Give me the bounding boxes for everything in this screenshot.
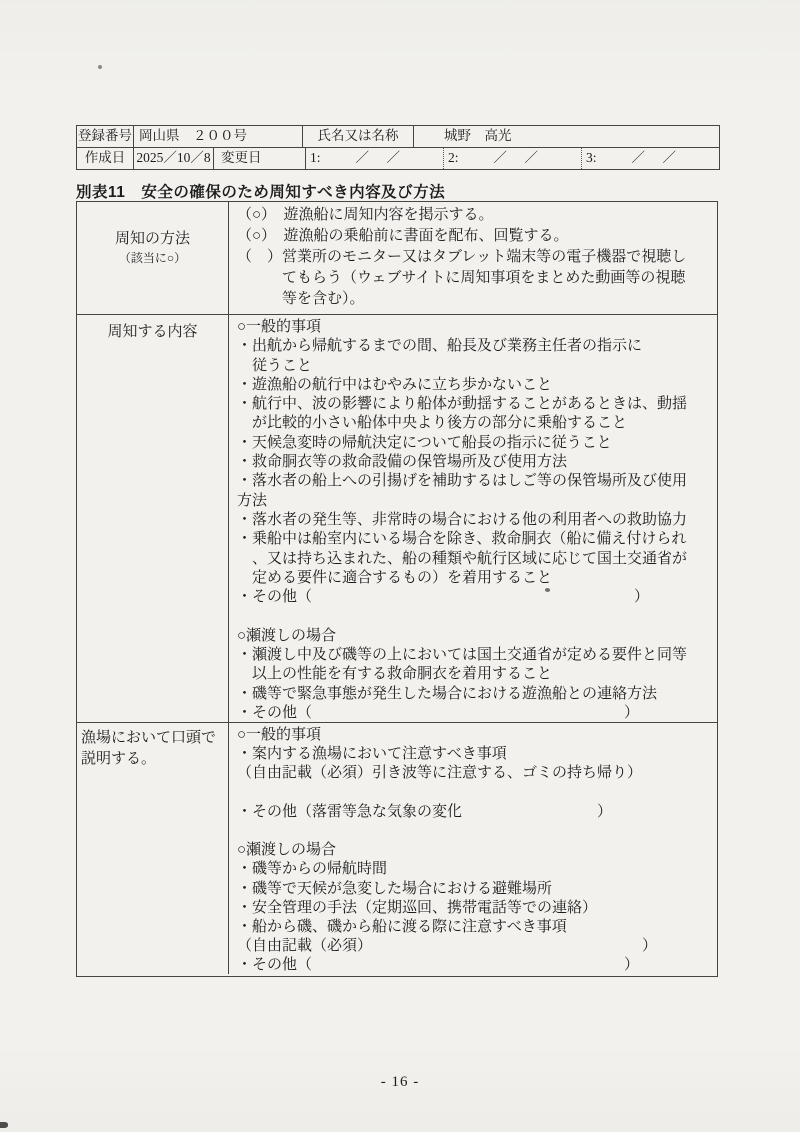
content-line: ・航行中、波の影響により船体が動揺することがあるときは、動揺 [237, 395, 713, 414]
close-paren: ） [597, 803, 612, 822]
registry-header-table: 登録番号 岡山県 ２００号 氏名又は名称 城野 高光 作成日 2025／10／8… [76, 125, 720, 170]
row-label-method: 周知の方法 （該当に○） [77, 202, 229, 314]
content-line-other-text: ・その他（ [237, 704, 312, 722]
close-paren: ） [624, 956, 639, 974]
content-line: ○瀬渡しの場合 [237, 627, 713, 646]
modified-slot-3: 3: ／ ／ [581, 148, 719, 169]
content-line: ・出航から帰航するまでの間、船長及び業務主任者の指示に [237, 337, 713, 356]
modified-slot-1: 1: ／ ／ [306, 148, 443, 169]
content-line: ・落水者の発生等、非常時の場合における他の利用者への救助協力 [237, 511, 713, 530]
content-line: 以上の性能を有する救命胴衣を着用すること [237, 665, 713, 684]
row-content-contents: ○一般的事項 ・出航から帰航するまでの間、船長及び業務主任者の指示に 従うこと … [229, 315, 717, 722]
content-line-other-blank: ・その他（ ） [237, 588, 649, 607]
oral-line: ・案内する漁場において注意すべき事項 [237, 745, 713, 764]
oral-line: ・磯等からの帰航時間 [237, 860, 713, 879]
registry-row-1: 登録番号 岡山県 ２００号 氏名又は名称 城野 高光 [77, 126, 719, 148]
content-line: ・磯等で緊急事態が発生した場合における遊漁船との連絡方法 [237, 685, 713, 704]
content-line-other-text: ・その他（ [237, 588, 312, 607]
blank-line [237, 784, 713, 803]
content-line-other-blank: ・その他（ ） [237, 704, 639, 722]
oral-line-free-entry-text: （自由記載（必須） [237, 937, 372, 956]
name-label: 氏名又は名称 [303, 126, 414, 147]
content-line: ○一般的事項 [237, 318, 713, 337]
close-paren: ） [642, 937, 657, 956]
oral-line: ○瀬渡しの場合 [237, 841, 713, 860]
notification-table: 周知の方法 （該当に○） （○） 遊漁船に周知内容を掲示する。 （○） 遊漁船の… [76, 201, 718, 977]
blank-line [237, 822, 713, 841]
row-label-method-text: 周知の方法 [77, 227, 228, 248]
content-line: ・天候急変時の帰航決定について船長の指示に従うこと [237, 434, 713, 453]
row-label-contents-text: 周知する内容 [77, 320, 228, 341]
method-line: 等を含む）。 [237, 289, 713, 310]
oral-line: ○一般的事項 [237, 726, 713, 745]
method-line: （ ）営業所のモニター又はタブレット端末等の電子機器で視聴し [237, 247, 713, 268]
row-label-oral: 漁場において口頭で説明する。 [77, 723, 229, 974]
registration-number-value: 岡山県 ２００号 [134, 126, 303, 147]
method-line: てもらう（ウェブサイトに周知事項をまとめた動画等の視聴 [237, 268, 713, 289]
table-row-contents: 周知する内容 ○一般的事項 ・出航から帰航するまでの間、船長及び業務主任者の指示… [77, 314, 717, 722]
row-label-contents: 周知する内容 [77, 315, 229, 722]
modified-slot-2-value: ／ ／ [459, 148, 581, 169]
blank-line [237, 607, 713, 626]
created-date-label: 作成日 [77, 148, 134, 169]
row-content-method: （○） 遊漁船に周知内容を掲示する。 （○） 遊漁船の乗船前に書面を配布、回覧す… [229, 202, 717, 314]
page-title: 別表11 安全の確保のため周知すべき内容及び方法 [76, 180, 445, 202]
row-label-method-sub: （該当に○） [77, 249, 228, 266]
modified-slot-3-value: ／ ／ [597, 148, 719, 169]
oral-line-other-text: ・その他（ [237, 956, 312, 974]
modified-date-label: 変更日 [214, 148, 306, 169]
oral-line-other: ・その他（落雷等急な気象の変化 ） [237, 803, 612, 822]
content-line: 定める要件に適合するもの）を着用すること [237, 569, 713, 588]
content-line: が比較的小さい船体中央より後方の部分に乗船すること [237, 414, 713, 433]
row-label-oral-text: 漁場において口頭で説明する。 [81, 728, 226, 770]
content-line: ・遊漁船の航行中はむやみに立ち歩かないこと [237, 376, 713, 395]
modified-slot-1-value: ／ ／ [321, 148, 443, 169]
page-number: - 16 - [0, 1074, 800, 1091]
content-line: ・落水者の船上への引揚げを補助するはしご等の保管場所及び使用 [237, 472, 713, 491]
scan-edge-mark [0, 1122, 8, 1128]
oral-line-free-entry: （自由記載（必須） ） [237, 937, 657, 956]
modified-slot-3-number: 3: [582, 148, 597, 169]
row-content-oral: ○一般的事項 ・案内する漁場において注意すべき事項 （自由記載（必須）引き波等に… [229, 723, 717, 974]
table-row-oral-explanation: 漁場において口頭で説明する。 ○一般的事項 ・案内する漁場において注意すべき事項… [77, 722, 717, 974]
close-paren: ） [624, 704, 639, 722]
oral-line-other-blank: ・その他（ ） [237, 956, 639, 974]
content-line: ・乗船中は船室内にいる場合を除き、救命胴衣（船に備え付けられ [237, 530, 713, 549]
content-line: ・瀬渡し中及び磯等の上においては国土交通省が定める要件と同等 [237, 646, 713, 665]
registration-number-label: 登録番号 [77, 126, 134, 147]
content-line: 、又は持ち込まれた、船の種類や航行区域に応じて国土交通省が [237, 550, 713, 569]
method-line: （○） 遊漁船に周知内容を掲示する。 [237, 205, 713, 226]
oral-line: （自由記載（必須）引き波等に注意する、ゴミの持ち帰り） [237, 764, 713, 783]
method-line: （○） 遊漁船の乗船前に書面を配布、回覧する。 [237, 226, 713, 247]
created-date-value: 2025／10／8 [134, 148, 214, 169]
close-paren: ） [634, 588, 649, 607]
modified-slot-1-number: 1: [306, 148, 321, 169]
content-line: 方法 [237, 492, 713, 511]
table-row-method: 周知の方法 （該当に○） （○） 遊漁船に周知内容を掲示する。 （○） 遊漁船の… [77, 202, 717, 314]
oral-line: ・安全管理の手法（定期巡回、携帯電話等での連絡） [237, 899, 713, 918]
oral-line: ・磯等で天候が急変した場合における避難場所 [237, 880, 713, 899]
modified-slot-2-number: 2: [444, 148, 459, 169]
registry-row-2: 作成日 2025／10／8 変更日 1: ／ ／ 2: ／ ／ 3: ／ ／ [77, 148, 719, 169]
modified-slot-2: 2: ／ ／ [443, 148, 581, 169]
name-value: 城野 高光 [414, 126, 719, 147]
oral-line: ・船から磯、磯から船に渡る際に注意すべき事項 [237, 918, 713, 937]
content-line: ・救命胴衣等の救命設備の保管場所及び使用方法 [237, 453, 713, 472]
oral-line-other-text: ・その他（落雷等急な気象の変化 [237, 803, 462, 822]
content-line: 従うこと [237, 357, 713, 376]
scan-speck [98, 65, 102, 69]
